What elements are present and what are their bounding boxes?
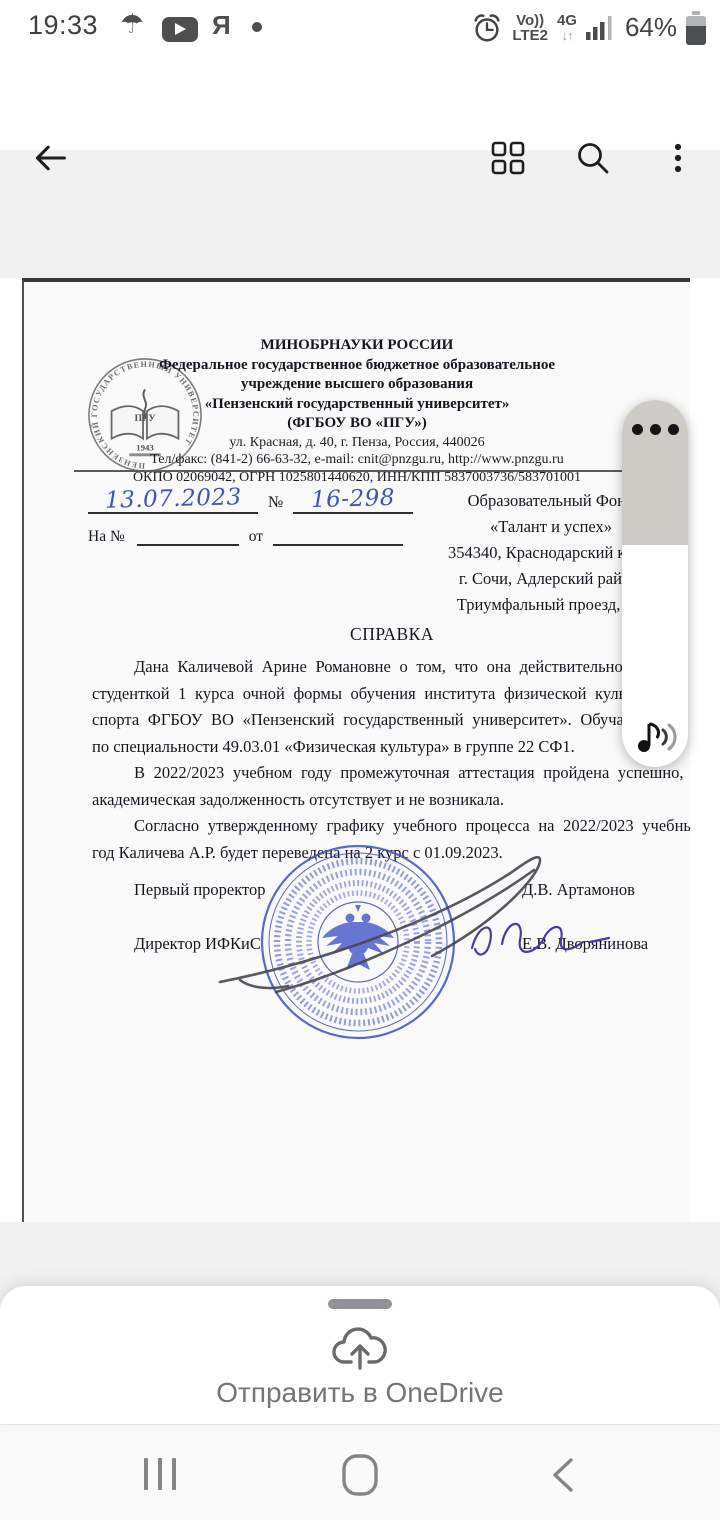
- letterhead-line: (ФГБОУ ВО «ПГУ»): [24, 414, 690, 434]
- read-aloud-button[interactable]: [633, 715, 679, 757]
- letterhead-divider: [74, 470, 642, 472]
- nav-back-icon: [547, 1455, 577, 1495]
- umbrella-notification-icon: ☂: [120, 9, 144, 40]
- reply-prefix: На №: [88, 528, 125, 546]
- letterhead-line: МИНОБРНАУКИ РОССИИ: [24, 336, 690, 356]
- number-sign: №: [268, 494, 283, 512]
- app-toolbar: [0, 55, 720, 150]
- quick-scroll-rail[interactable]: [622, 400, 688, 767]
- home-button[interactable]: [330, 1451, 390, 1499]
- handwritten-date: 13.07.2023: [104, 484, 241, 514]
- home-icon: [340, 1453, 380, 1497]
- more-menu-button[interactable]: [656, 136, 700, 180]
- send-to-onedrive-label: Отправить в OneDrive: [0, 1377, 720, 1409]
- notification-dot-icon: [252, 22, 262, 32]
- body-line: Дана Каличевой Арине Романовне о том, чт…: [92, 654, 690, 681]
- handwritten-number: 16-298: [311, 485, 396, 513]
- network-type-indicator: 4G ↓↑: [557, 13, 577, 43]
- pen-signatures: [180, 830, 660, 1030]
- more-vertical-icon: [661, 141, 695, 175]
- body-line: В 2022/2023 учебном году промежуточная а…: [92, 760, 690, 787]
- reply-date-blank: [273, 526, 403, 546]
- recents-icon: [139, 1458, 181, 1493]
- battery-percent: 64%: [625, 12, 677, 43]
- document-page[interactable]: ПЕНЗЕНСКИЙ ГОСУДАРСТВЕННЫЙ УНИВЕРСИТЕТ П…: [22, 278, 690, 1222]
- body-line: по специальности 49.03.01 «Физическая ку…: [92, 734, 690, 761]
- yandex-notification-icon: Я: [212, 10, 231, 41]
- cloud-upload-icon: [329, 1324, 391, 1370]
- more-options-icon[interactable]: [622, 424, 688, 435]
- document-title: СПРАВКА: [94, 624, 690, 645]
- search-button[interactable]: [571, 136, 615, 180]
- body-line: студенткой 1 курса очной формы обучения …: [92, 681, 690, 708]
- letterhead-line: Федеральное государственное бюджетное об…: [24, 356, 690, 376]
- back-arrow-icon: [32, 140, 68, 176]
- status-bar: 19:33 ☂ Я Vo)) LTE2 4G ↓↑ 64%: [0, 0, 720, 55]
- signal-bars-icon: [586, 15, 616, 41]
- battery-icon: [686, 11, 706, 45]
- send-to-onedrive-button[interactable]: Отправить в OneDrive: [0, 1324, 720, 1409]
- grid-view-icon: [491, 141, 525, 175]
- letterhead-contacts: Тел/факс: (841-2) 66-63-32, e-mail: cnit…: [24, 451, 690, 469]
- recents-button[interactable]: [130, 1451, 190, 1499]
- body-line: академическая задолженность отсутствует …: [92, 787, 690, 814]
- music-note-sound-icon: [633, 715, 679, 757]
- volte-indicator: Vo)) LTE2: [512, 13, 548, 43]
- alarm-icon: [471, 12, 503, 44]
- reply-from-label: от: [249, 528, 263, 546]
- back-button[interactable]: [28, 136, 72, 180]
- letterhead: МИНОБРНАУКИ РОССИИ Федеральное государст…: [24, 336, 690, 486]
- reply-number-blank: [137, 526, 239, 546]
- share-bottom-sheet: Отправить в OneDrive: [0, 1286, 720, 1424]
- sheet-drag-handle[interactable]: [328, 1299, 392, 1309]
- status-bar-right: Vo)) LTE2 4G ↓↑ 64%: [471, 0, 706, 55]
- letterhead-address: ул. Красная, д. 40, г. Пенза, Россия, 44…: [24, 434, 690, 452]
- android-nav-bar: [0, 1424, 720, 1520]
- letterhead-line: учреждение высшего образования: [24, 375, 690, 395]
- pages-grid-button[interactable]: [486, 136, 530, 180]
- reference-block: 13.07.2023 № 16-298 На № от: [88, 486, 413, 546]
- clock-time: 19:33: [28, 10, 98, 41]
- youtube-notification-icon: [162, 17, 198, 42]
- scroll-handle[interactable]: [622, 400, 688, 545]
- nav-back-button[interactable]: [532, 1451, 592, 1499]
- letterhead-line: «Пензенский государственный университет»: [24, 395, 690, 415]
- search-icon: [575, 140, 611, 176]
- body-line: спорта ФГБОУ ВО «Пензенский государствен…: [92, 707, 690, 734]
